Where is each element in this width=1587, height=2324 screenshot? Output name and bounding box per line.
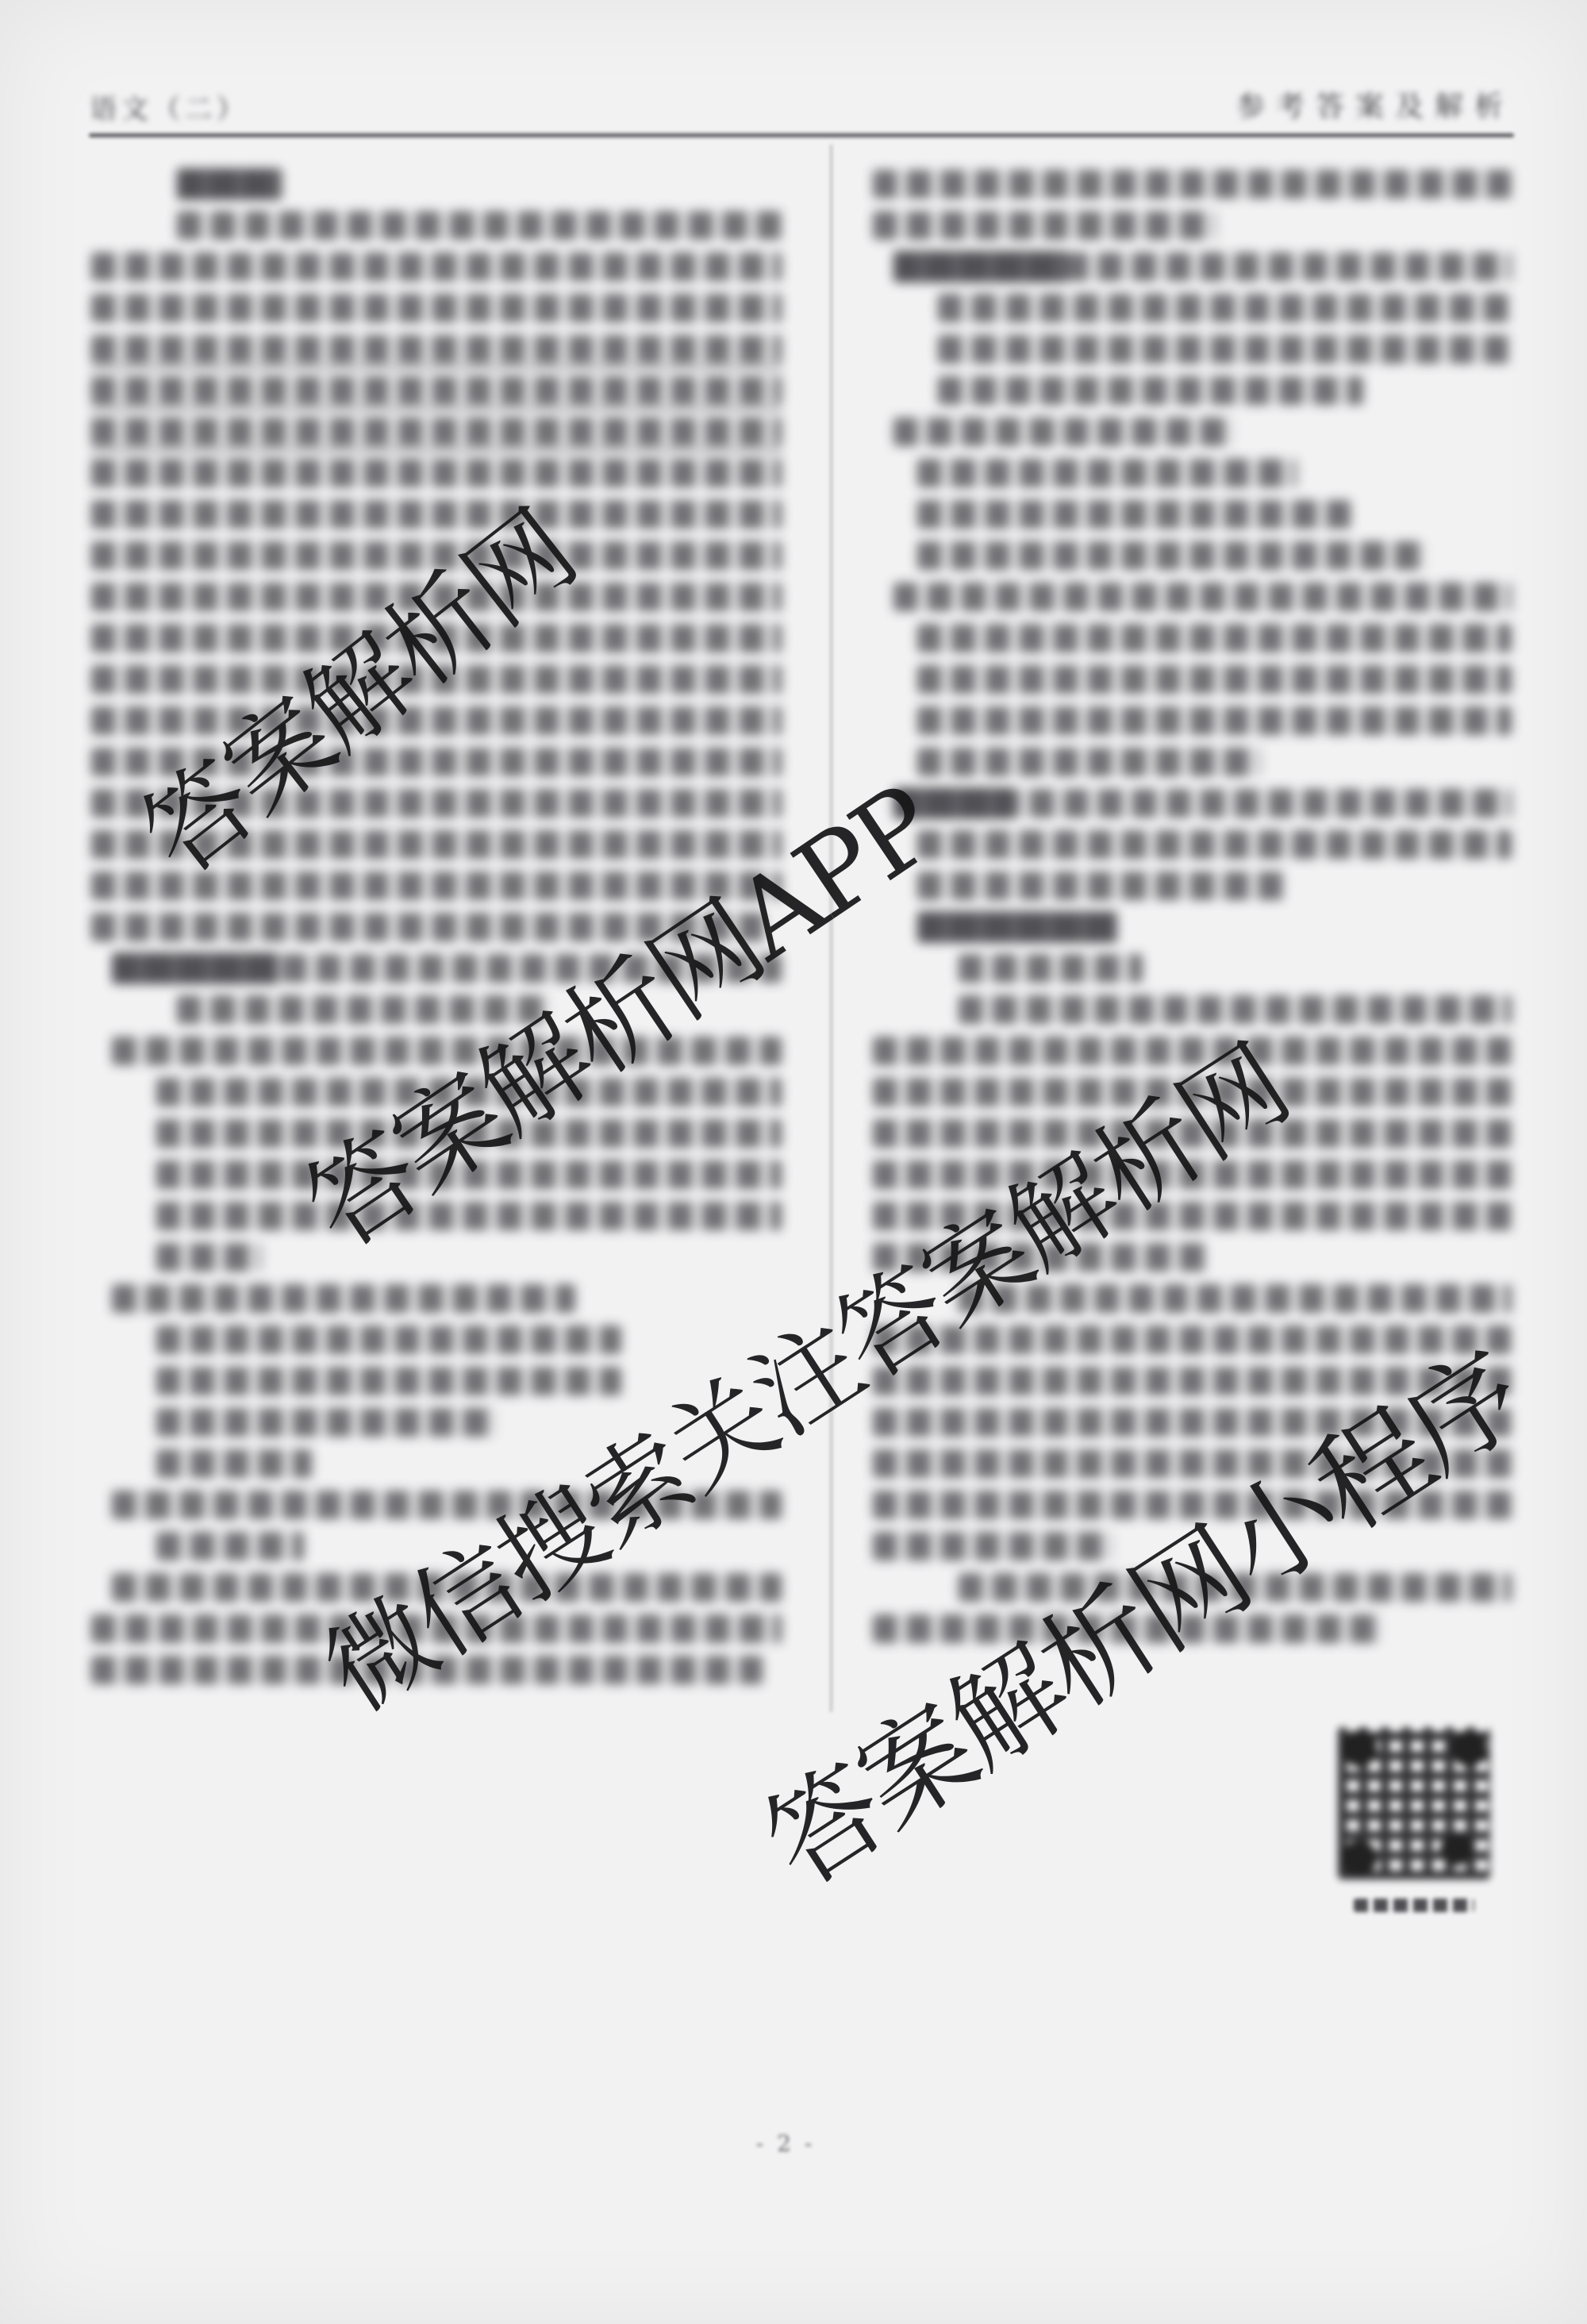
illegible-text-line (156, 1449, 312, 1478)
underline-mark (91, 367, 782, 369)
illegible-text-line (156, 1532, 304, 1560)
illegible-text-line (893, 417, 1235, 446)
illegible-text-line (959, 1284, 1512, 1313)
illegible-text-line (893, 252, 1512, 281)
illegible-text-line (938, 335, 1512, 364)
qr-code (1338, 1727, 1490, 1880)
illegible-text-line (91, 459, 782, 487)
illegible-text-line (112, 1037, 782, 1065)
illegible-text-line (873, 1408, 1512, 1437)
illegible-text-line (91, 335, 782, 364)
illegible-text-line (873, 1449, 1512, 1478)
illegible-text-line (873, 1037, 1512, 1065)
illegible-text-line (91, 294, 782, 322)
illegible-text-line (91, 541, 782, 570)
illegible-text-line (156, 1326, 621, 1354)
illegible-text-line (156, 1367, 621, 1395)
illegible-text-line (917, 830, 1512, 859)
qr-code-caption (1354, 1899, 1474, 1912)
illegible-text-line (917, 871, 1284, 900)
illegible-text-line (893, 583, 1512, 611)
illegible-text-line (873, 1491, 1512, 1519)
illegible-text-line (917, 541, 1427, 570)
illegible-text-line (91, 913, 764, 941)
illegible-text-line (873, 1119, 1512, 1148)
illegible-text-line (91, 252, 782, 281)
illegible-text-line (917, 500, 1351, 529)
bold-text-segment (112, 952, 279, 984)
illegible-text-line (959, 1573, 1512, 1602)
illegible-text-line (91, 624, 782, 652)
illegible-text-line (91, 1614, 782, 1643)
illegible-text-line (893, 789, 1512, 818)
illegible-text-line (156, 1202, 782, 1230)
illegible-text-line (112, 1491, 782, 1519)
illegible-text-line (917, 748, 1260, 776)
illegible-text-line (917, 913, 1117, 941)
illegible-text-line (112, 954, 782, 983)
illegible-text-line (156, 1119, 782, 1148)
illegible-text-line (156, 1160, 782, 1189)
bold-text-segment (177, 168, 282, 200)
illegible-text-line (873, 1202, 1512, 1230)
underline-mark (91, 449, 782, 452)
illegible-text-line (91, 830, 782, 859)
illegible-text-line (938, 376, 1363, 405)
header-subject-title: 语文（二） (90, 87, 248, 126)
illegible-text-line (91, 1656, 763, 1684)
bold-text-segment (917, 911, 1117, 943)
illegible-text-line (112, 1284, 575, 1313)
illegible-text-line (917, 624, 1512, 652)
left-column (91, 170, 782, 1697)
illegible-text-line (873, 211, 1216, 240)
illegible-text-line (177, 211, 782, 240)
illegible-text-line (91, 417, 782, 446)
illegible-text-line (91, 748, 782, 776)
illegible-text-line (91, 376, 782, 405)
illegible-text-line (91, 871, 782, 900)
illegible-text-line (917, 459, 1297, 487)
bold-text-segment (893, 251, 1066, 283)
illegible-text-line (91, 500, 782, 529)
illegible-text-line (873, 1367, 1512, 1395)
illegible-text-line (156, 1243, 261, 1272)
page-number: - 2 - (746, 2130, 825, 2157)
illegible-text-line (938, 294, 1512, 322)
illegible-text-line (873, 1243, 1208, 1272)
illegible-text-line (91, 665, 782, 694)
illegible-text-line (917, 665, 1512, 694)
illegible-text-line (177, 170, 282, 198)
illegible-text-line (91, 706, 782, 735)
illegible-text-line (959, 954, 1143, 983)
illegible-text-line (91, 583, 782, 611)
illegible-text-line (91, 789, 782, 818)
illegible-text-line (917, 706, 1512, 735)
scanned-exam-answer-page: 语文（二） 参考答案及解析 答案解析网 答案解析网APP 微信搜索关注答案解析网… (0, 0, 1587, 2324)
illegible-text-line (156, 1408, 498, 1437)
illegible-text-line (873, 1532, 1112, 1560)
illegible-text-line (873, 1160, 1512, 1189)
illegible-text-line (873, 1326, 1512, 1354)
header-answers-title: 参考答案及解析 (1236, 84, 1514, 125)
bold-text-segment (893, 787, 1013, 819)
illegible-text-line (112, 1573, 782, 1602)
right-column (873, 170, 1512, 1656)
illegible-text-line (873, 170, 1512, 198)
column-divider (830, 144, 832, 1712)
illegible-text-line (959, 995, 1512, 1024)
header-rule (89, 133, 1514, 137)
illegible-text-line (156, 1078, 782, 1106)
illegible-text-line (873, 1614, 1382, 1643)
underline-mark (91, 408, 782, 410)
illegible-text-line (873, 1078, 1512, 1106)
illegible-text-line (177, 995, 550, 1024)
